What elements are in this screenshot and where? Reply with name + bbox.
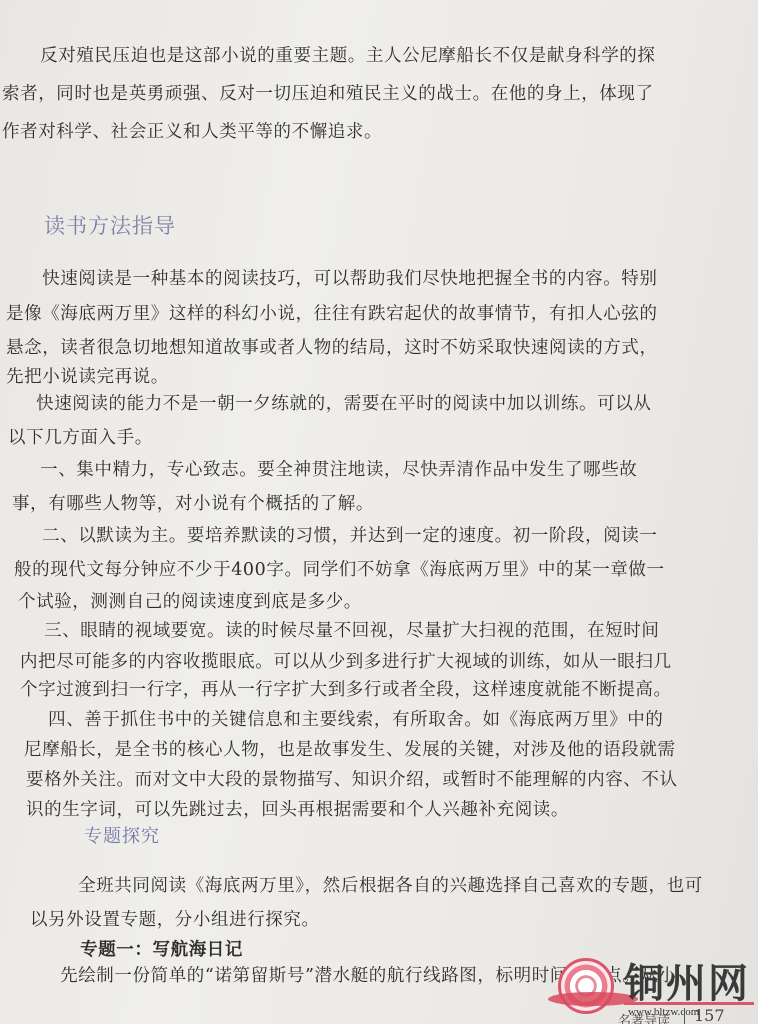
page-number: 157 [694, 1006, 725, 1024]
text-line: 悬念，读者很急切地想知道故事或者人物的结局，这时不妨采取快速阅读的方式， [6, 334, 658, 359]
text-line: 尼摩船长，是全书的核心人物，也是故事发生、发展的关键，对涉及他的语段就需 [24, 736, 676, 761]
text-line: 四、善于抓住书中的关键信息和主要线索，有所取舍。如《海底两万里》中的 [30, 706, 664, 731]
page-footer: 名著导读 157 [618, 1010, 670, 1024]
text-line: 二、以默读为主。要培养默读的习惯，并达到一定的速度。初一阶段，阅读一 [24, 522, 658, 547]
text-line: 般的现代文每分钟应不少于400字。同学们不妨拿《海底两万里》中的某一章做一 [14, 556, 665, 581]
watermark-name: 铜州网 [624, 952, 750, 1009]
footer-label: 名著导读 [618, 1014, 670, 1024]
text-line: 内把尽可能多的内容收揽眼底。可以从少到多进行扩大视域的训练，如从一眼扫几 [20, 648, 672, 673]
text-line: 是像《海底两万里》这样的科幻小说，往往有跌宕起伏的故事情节，有扣人心弦的 [6, 300, 658, 325]
text-line: 三、眼睛的视域要宽。读的时候尽量不回视，尽量扩大扫视的范围，在短时间 [26, 617, 660, 642]
watermark-rule [624, 1002, 754, 1005]
footer-divider [684, 1008, 685, 1024]
text-line: 先把小说读完再说。 [6, 363, 169, 388]
section-heading-reading-method: 读书方法指导 [44, 210, 176, 240]
text-line: 识的生字词，可以先跳过去，回头再根据需要和个人兴趣补充阅读。 [26, 796, 569, 821]
text-line: 快速阅读是一种基本的阅读技巧，可以帮助我们尽快地把握全书的内容。特别 [24, 265, 658, 290]
textbook-page: 反对殖民压迫也是这部小说的重要主题。主人公尼摩船长不仅是献身科学的探 索者，同时… [0, 0, 758, 1024]
text-line: 全班共同阅读《海底两万里》，然后根据各自的兴趣选择自己喜欢的专题，也可 [60, 872, 703, 897]
text-line: 作者对科学、社会正义和人类平等的不懈追求。 [2, 118, 382, 143]
text-line: 事，有哪些人物等，对小说有个概括的了解。 [12, 490, 374, 515]
text-line: 索者，同时也是英勇顽强、反对一切压迫和殖民主义的战士。在他的身上，体现了 [2, 80, 654, 105]
text-line: 一、集中精力，专心致志。要全神贯注地读，尽快弄清作品中发生了哪些故 [22, 456, 637, 481]
text-line: 以另外设置专题，分小组进行探究。 [30, 906, 320, 931]
text-line: 个试验，测测自己的阅读速度到底是多少。 [18, 588, 362, 613]
text-line: 以下几方面入手。 [8, 424, 153, 449]
text-line: 快速阅读的能力不是一朝一夕练就的，需要在平时的阅读中加以训练。可以从 [18, 390, 652, 415]
text-line: 要格外关注。而对文中大段的景物描写、知识介绍，或暂时不能理解的内容、不认 [26, 766, 678, 791]
section-heading-topic-research: 专题探究 [84, 822, 160, 848]
text-line: 反对殖民压迫也是这部小说的重要主题。主人公尼摩船长不仅是献身科学的探 [22, 42, 656, 67]
topic-one-title: 专题一：写航海日记 [62, 936, 243, 961]
text-line: 个字过渡到扫一行字，再从一行字扩大到多行或者全段，这样速度就能不断提高。 [20, 676, 672, 701]
